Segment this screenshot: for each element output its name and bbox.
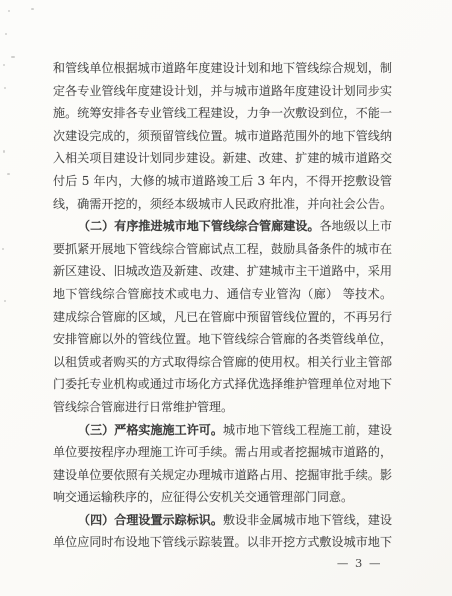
scan-speck [2,248,4,250]
text-line: 门委托专业机构或通过市场化方式择优选择维护管理单位对地下 [53,373,392,396]
line-text: 地下管线综合管廊技术或电力、通信专业管沟（廊） 等技术。 [53,287,392,301]
text-line: 响交通运输秩序的，应征得公安机关交通管理部门同意。 [53,486,392,509]
text-line: 单位应同时布设地下管线示踪装置。以非开挖方式敷设城市地下 [53,531,392,554]
document-page: 和管线单位根据城市道路年度建设计划和地下管线综合规划，制 定各专业管线年度建设计… [0,0,452,596]
line-text: 单位要按程序办理施工许可手续。需占用或者挖掘城市道路的， [53,445,392,459]
section-heading: （二）有序推进城市地下管线综合管廊建设。 [78,219,320,233]
line-text: 施。统筹安排各专业管线工程建设，力争一次敷设到位，不能一 [53,106,392,120]
text-line: 和管线单位根据城市道路年度建设计划和地下管线综合规划，制 [53,57,392,80]
text-line: 建成综合管廊的区域，凡已在管廊中预留管线位置的，不再另行 [53,306,392,329]
section-heading: （三）严格实施施工许可。 [78,423,223,437]
text-line: 管线综合管廊进行日常维护管理。 [53,396,392,419]
scan-speck [3,150,5,153]
line-text: 线，确需开挖的，须经本级城市人民政府批准，并向社会公告。 [53,197,392,211]
text-line: （四）合理设置示踪标识。敷设非金属城市地下管线，建设 [53,509,392,532]
line-text: 敷设非金属城市地下管线，建设 [223,513,392,527]
scan-speck [4,300,6,302]
text-line: 新区建设、旧城改造及新建、改建、扩建城市主干道路中，采用 [53,260,392,283]
scan-speck [11,56,15,58]
scan-speck [3,64,5,66]
line-text: 要抓紧开展地下管线综合管廊试点工程，鼓励具备条件的城市在 [53,242,392,256]
text-line: 单位要按程序办理施工许可手续。需占用或者挖掘城市道路的， [53,441,392,464]
line-text: 和管线单位根据城市道路年度建设计划和地下管线综合规划，制 [53,61,392,75]
text-line: 线，确需开挖的，须经本级城市人民政府批准，并向社会公告。 [53,193,392,216]
line-text: 新区建设、旧城改造及新建、改建、扩建城市主干道路中，采用 [53,264,392,278]
text-line: （三）严格实施施工许可。城市地下管线工程施工前，建设 [53,419,392,442]
body-text: 和管线单位根据城市道路年度建设计划和地下管线综合规划，制 定各专业管线年度建设计… [53,57,392,554]
line-text: 各地级以上市 [320,219,392,233]
line-text: 以租赁或者购买的方式取得综合管廊的使用权。相关行业主管部 [53,355,392,369]
line-text: 门委托专业机构或通过市场化方式择优选择维护管理单位对地下 [53,377,392,391]
text-line: （二）有序推进城市地下管线综合管廊建设。各地级以上市 [53,215,392,238]
line-text: 付后 5 年内，大修的城市道路竣工后 3 年内，不得开挖敷设管 [53,174,392,188]
scan-speck [31,8,34,10]
text-line: 入相关项目建设计划同步建设。新建、改建、扩建的城市道路交 [53,147,392,170]
section-heading: （四）合理设置示踪标识。 [78,513,223,527]
scan-speck [5,33,7,35]
text-line: 要抓紧开展地下管线综合管廊试点工程，鼓励具备条件的城市在 [53,238,392,261]
line-text: 定各专业管线年度建设计划，并与城市道路年度建设计划同步实 [53,84,392,98]
text-line: 定各专业管线年度建设计划，并与城市道路年度建设计划同步实 [53,80,392,103]
line-text: 次建设完成的，须预留管线位置。城市道路范围外的地下管线纳 [53,129,392,143]
line-text: 单位应同时布设地下管线示踪装置。以非开挖方式敷设城市地下 [53,535,392,549]
scan-speck [4,87,6,89]
page-number: — 3 — [337,556,382,570]
scan-speck [8,10,10,12]
text-line: 以租赁或者购买的方式取得综合管廊的使用权。相关行业主管部 [53,351,392,374]
line-text: 响交通运输秩序的，应征得公安机关交通管理部门同意。 [53,490,353,504]
text-line: 建设单位要依照有关规定办理城市道路占用、挖掘审批手续。影 [53,464,392,487]
line-text: 城市地下管线工程施工前，建设 [223,423,392,437]
text-line: 施。统筹安排各专业管线工程建设，力争一次敷设到位，不能一 [53,102,392,125]
line-text: 入相关项目建设计划同步建设。新建、改建、扩建的城市道路交 [53,151,392,165]
line-text: 建设单位要依照有关规定办理城市道路占用、挖掘审批手续。影 [53,468,392,482]
text-line: 付后 5 年内，大修的城市道路竣工后 3 年内，不得开挖敷设管 [53,170,392,193]
line-text: 安排管廊以外的管线位置。地下管线综合管廊的各类管线单位， [53,332,392,346]
line-text: 管线综合管廊进行日常维护管理。 [53,400,233,414]
text-line: 次建设完成的，须预留管线位置。城市道路范围外的地下管线纳 [53,125,392,148]
line-text: 建成综合管廊的区域，凡已在管廊中预留管线位置的，不再另行 [53,310,392,324]
text-line: 安排管廊以外的管线位置。地下管线综合管廊的各类管线单位， [53,328,392,351]
scan-speck [7,173,10,175]
text-line: 地下管线综合管廊技术或电力、通信专业管沟（廊） 等技术。 [53,283,392,306]
